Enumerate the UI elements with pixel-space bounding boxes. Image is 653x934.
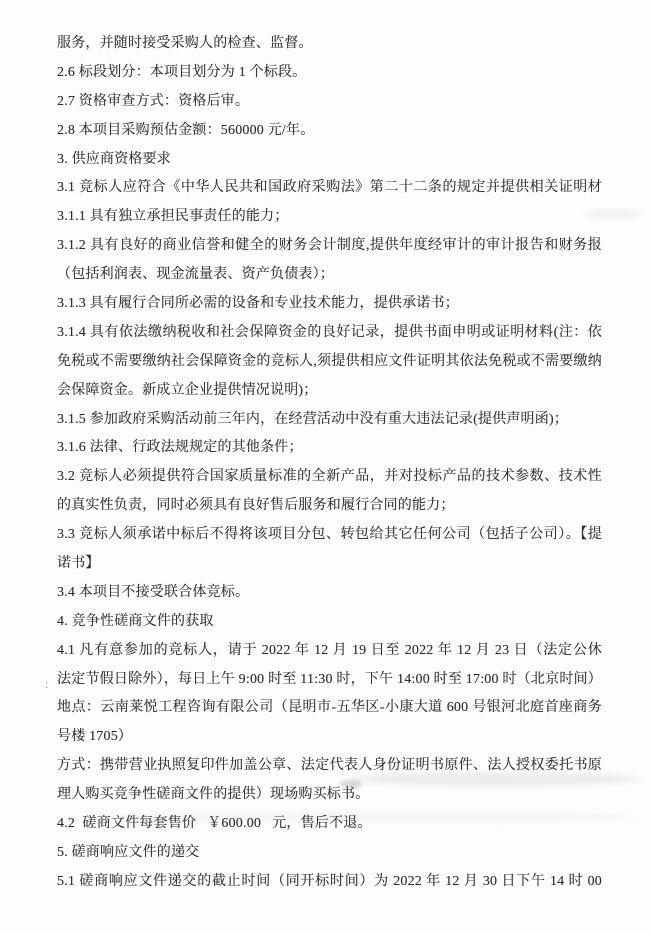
text-line: 3. 供应商资格要求	[57, 146, 602, 175]
text-line: 5. 磋商响应文件的递交	[57, 839, 602, 868]
text-line: 2.7 资格审查方式：资格后审。	[57, 88, 602, 117]
text-line: 理人购买竞争性磋商文件的提供）现场购买标书。	[57, 781, 602, 810]
text-line: 3.3 竞标人须承诺中标后不得将该项目分包、转包给其它任何公司（包括子公司）。【…	[57, 521, 602, 550]
document-body: 服务，并随时接受采购人的检查、监督。2.6 标段划分：本项目划分为 1 个标段。…	[57, 30, 602, 897]
text-line: 的真实性负责，同时必须具有良好售后服务和履行合同的能力；	[57, 492, 602, 521]
text-line: 2.8 本项目采购预估金额：560000 元/年。	[57, 117, 602, 146]
text-line: 3.2 竞标人必须提供符合国家质量标准的全新产品，并对投标产品的技术参数、技术性…	[57, 463, 602, 492]
text-line: 免税或不需要缴纳社会保障资金的竞标人,须提供相应文件证明其依法免税或不需要缴纳社	[57, 348, 602, 377]
text-line: 3.1.2 具有良好的商业信誉和健全的财务会计制度,提供年度经审计的审计报告和财…	[57, 232, 602, 261]
text-line: 2.6 标段划分：本项目划分为 1 个标段。	[57, 59, 602, 88]
text-line: （包括利润表、现金流量表、资产负债表）；	[57, 261, 602, 290]
text-line: 会保障资金。新成立企业提供情况说明)；	[57, 377, 602, 406]
text-line: 5.1 磋商响应文件递交的截止时间（同开标时间）为 2022 年 12 月 30…	[57, 868, 602, 897]
text-line: 3.1.6 法律、行政法规规定的其他条件；	[57, 434, 602, 463]
text-line: 方式：携带营业执照复印件加盖公章、法定代表人身份证明书原件、法人授权委托书原件（…	[57, 752, 602, 781]
text-line: 3.1.5 参加政府采购活动前三年内，在经营活动中没有重大违法记录(提供声明函)…	[57, 406, 602, 435]
text-line: 号楼 1705）	[57, 723, 602, 752]
text-line: 4.1 凡有意参加的竞标人，请于 2022 年 12 月 19 日至 2022 …	[57, 637, 602, 666]
text-line: 3.1 竞标人应符合《中华人民共和国政府采购法》第二十二条的规定并提供相关证明材…	[57, 174, 602, 203]
text-line: 地点：云南莱悦工程咨询有限公司（昆明市-五华区-小康大道 600 号银河北庭首座…	[57, 694, 602, 723]
text-line: 3.1.4 具有依法缴纳税收和社会保障资金的良好记录，提供书面申明或证明材料(注…	[57, 319, 602, 348]
scan-margin-noise: ：	[44, 676, 55, 692]
scanned-document-page: 服务，并随时接受采购人的检查、监督。2.6 标段划分：本项目划分为 1 个标段。…	[0, 0, 653, 934]
text-line: 诺书】	[57, 550, 602, 579]
text-line: 3.1.3 具有履行合同所必需的设备和专业技术能力，提供承诺书；	[57, 290, 602, 319]
text-line: 4. 竞争性磋商文件的获取	[57, 608, 602, 637]
text-line: 4.2 磋商文件每套售价 ￥600.00 元，售后不退。	[57, 810, 602, 839]
text-line: 法定节假日除外），每日上午 9:00 时至 11:30 时，下午 14:00 时…	[57, 666, 602, 695]
text-line: 服务，并随时接受采购人的检查、监督。	[57, 30, 602, 59]
text-line: 3.1.1 具有独立承担民事责任的能力；	[57, 203, 602, 232]
text-line: 3.4 本项目不接受联合体竞标。	[57, 579, 602, 608]
